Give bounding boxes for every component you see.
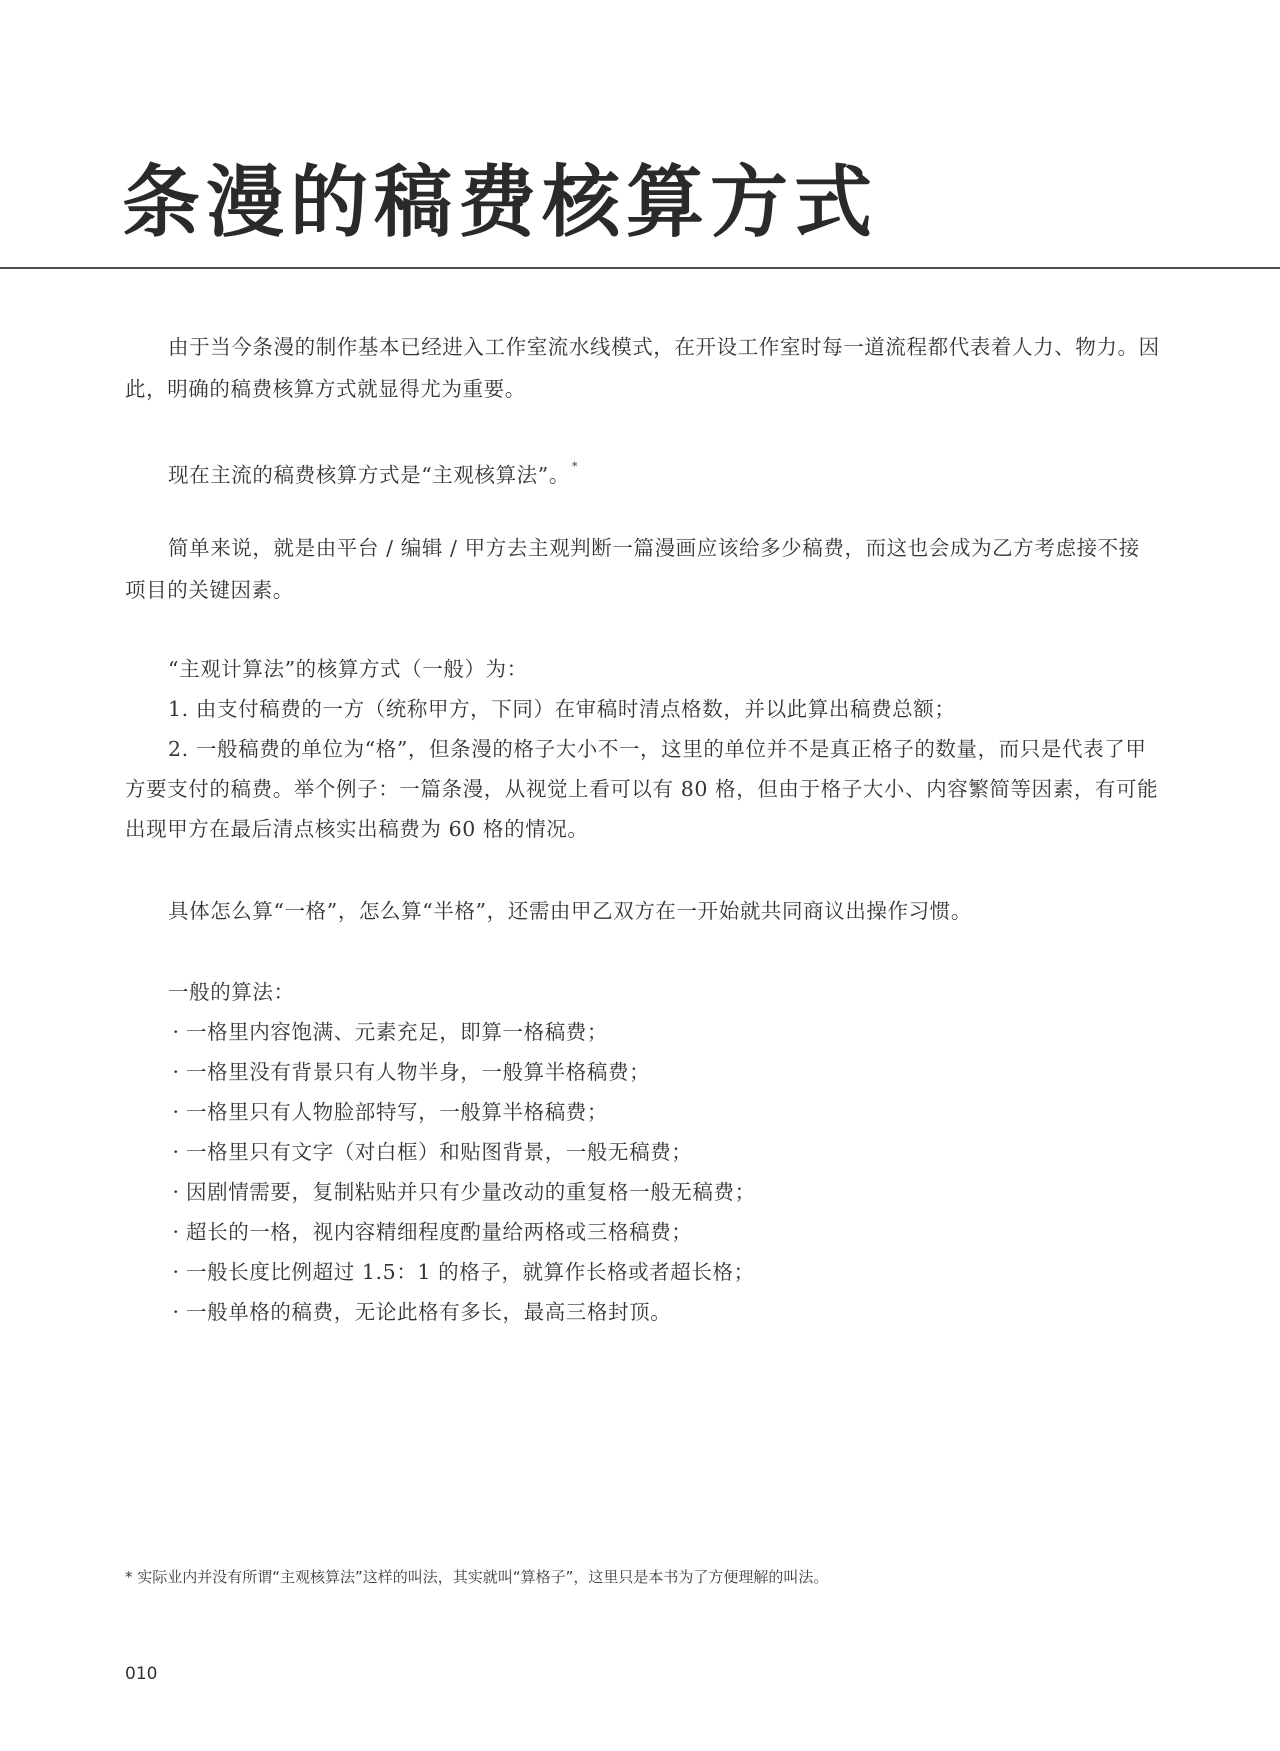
rule-text: 一格里没有背景只有人物半身，一般算半格稿费； bbox=[186, 1060, 650, 1084]
rule-text: 超长的一格，视内容精细程度酌量给两格或三格稿费； bbox=[186, 1220, 692, 1244]
general-rules-heading: 一般的算法： bbox=[125, 972, 1160, 1012]
calculation-method-heading: “主观计算法”的核算方式（一般）为： bbox=[125, 649, 1160, 689]
bullet-dot-icon: · bbox=[168, 1212, 184, 1252]
paragraph-intro: 由于当今条漫的制作基本已经进入工作室流水线模式，在开设工作室时每一道流程都代表着… bbox=[125, 326, 1160, 410]
rule-text: 一格里内容饱满、元素充足，即算一格稿费； bbox=[186, 1020, 608, 1044]
rules-list: ·一格里内容饱满、元素充足，即算一格稿费； ·一格里没有背景只有人物半身，一般算… bbox=[125, 1012, 1160, 1332]
paragraph-mainstream-method: 现在主流的稿费核算方式是“主观核算法”。* bbox=[125, 446, 1160, 496]
calculation-method-block: “主观计算法”的核算方式（一般）为： 1. 由支付稿费的一方（统称甲方，下同）在… bbox=[125, 649, 1160, 849]
bullet-dot-icon: · bbox=[168, 1052, 184, 1092]
calculation-step-2: 2. 一般稿费的单位为“格”，但条漫的格子大小不一，这里的单位并不是真正格子的数… bbox=[125, 729, 1160, 849]
bullet-dot-icon: · bbox=[168, 1132, 184, 1172]
calculation-step-1: 1. 由支付稿费的一方（统称甲方，下同）在审稿时清点格数，并以此算出稿费总额； bbox=[125, 689, 1160, 729]
page-number: 010 bbox=[125, 1662, 157, 1686]
rule-text: 一般长度比例超过 1.5：1 的格子，就算作长格或者超长格； bbox=[186, 1260, 755, 1284]
rule-text: 一格里只有人物脸部特写，一般算半格稿费； bbox=[186, 1100, 608, 1124]
rule-item: ·一格里没有背景只有人物半身，一般算半格稿费； bbox=[125, 1052, 1160, 1092]
mainstream-method-text: 现在主流的稿费核算方式是“主观核算法”。 bbox=[168, 463, 570, 487]
paragraph-explanation: 简单来说，就是由平台 / 编辑 / 甲方去主观判断一篇漫画应该给多少稿费，而这也… bbox=[125, 527, 1160, 611]
bullet-dot-icon: · bbox=[168, 1012, 184, 1052]
bullet-dot-icon: · bbox=[168, 1172, 184, 1212]
mainstream-method-block: 现在主流的稿费核算方式是“主观核算法”。* bbox=[125, 446, 1160, 496]
negotiation-block: 具体怎么算“一格”，怎么算“半格”，还需由甲乙双方在一开始就共同商议出操作习惯。 bbox=[125, 890, 1160, 932]
rule-text: 一格里只有文字（对白框）和贴图背景，一般无稿费； bbox=[186, 1140, 692, 1164]
intro-paragraph-block: 由于当今条漫的制作基本已经进入工作室流水线模式，在开设工作室时每一道流程都代表着… bbox=[125, 326, 1160, 410]
bullet-dot-icon: · bbox=[168, 1292, 184, 1332]
bullet-dot-icon: · bbox=[168, 1252, 184, 1292]
title-divider bbox=[0, 267, 1280, 269]
explanation-block: 简单来说，就是由平台 / 编辑 / 甲方去主观判断一篇漫画应该给多少稿费，而这也… bbox=[125, 527, 1160, 611]
footnote: * 实际业内并没有所谓“主观核算法”这样的叫法，其实就叫“算格子”，这里只是本书… bbox=[125, 1564, 1225, 1590]
rule-item: ·超长的一格，视内容精细程度酌量给两格或三格稿费； bbox=[125, 1212, 1160, 1252]
rule-item: ·因剧情需要，复制粘贴并只有少量改动的重复格一般无稿费； bbox=[125, 1172, 1160, 1212]
bullet-dot-icon: · bbox=[168, 1092, 184, 1132]
rule-item: ·一格里只有人物脸部特写，一般算半格稿费； bbox=[125, 1092, 1160, 1132]
page-title: 条漫的稿费核算方式 bbox=[122, 158, 878, 248]
rule-item: ·一般单格的稿费，无论此格有多长，最高三格封顶。 bbox=[125, 1292, 1160, 1332]
footnote-marker: * bbox=[572, 460, 578, 473]
rule-text: 因剧情需要，复制粘贴并只有少量改动的重复格一般无稿费； bbox=[186, 1180, 756, 1204]
rule-text: 一般单格的稿费，无论此格有多长，最高三格封顶。 bbox=[186, 1300, 671, 1324]
rule-item: ·一格里只有文字（对白框）和贴图背景，一般无稿费； bbox=[125, 1132, 1160, 1172]
rule-item: ·一般长度比例超过 1.5：1 的格子，就算作长格或者超长格； bbox=[125, 1252, 1160, 1292]
rule-item: ·一格里内容饱满、元素充足，即算一格稿费； bbox=[125, 1012, 1160, 1052]
paragraph-negotiation: 具体怎么算“一格”，怎么算“半格”，还需由甲乙双方在一开始就共同商议出操作习惯。 bbox=[125, 890, 1160, 932]
general-rules-block: 一般的算法： ·一格里内容饱满、元素充足，即算一格稿费； ·一格里没有背景只有人… bbox=[125, 972, 1160, 1332]
